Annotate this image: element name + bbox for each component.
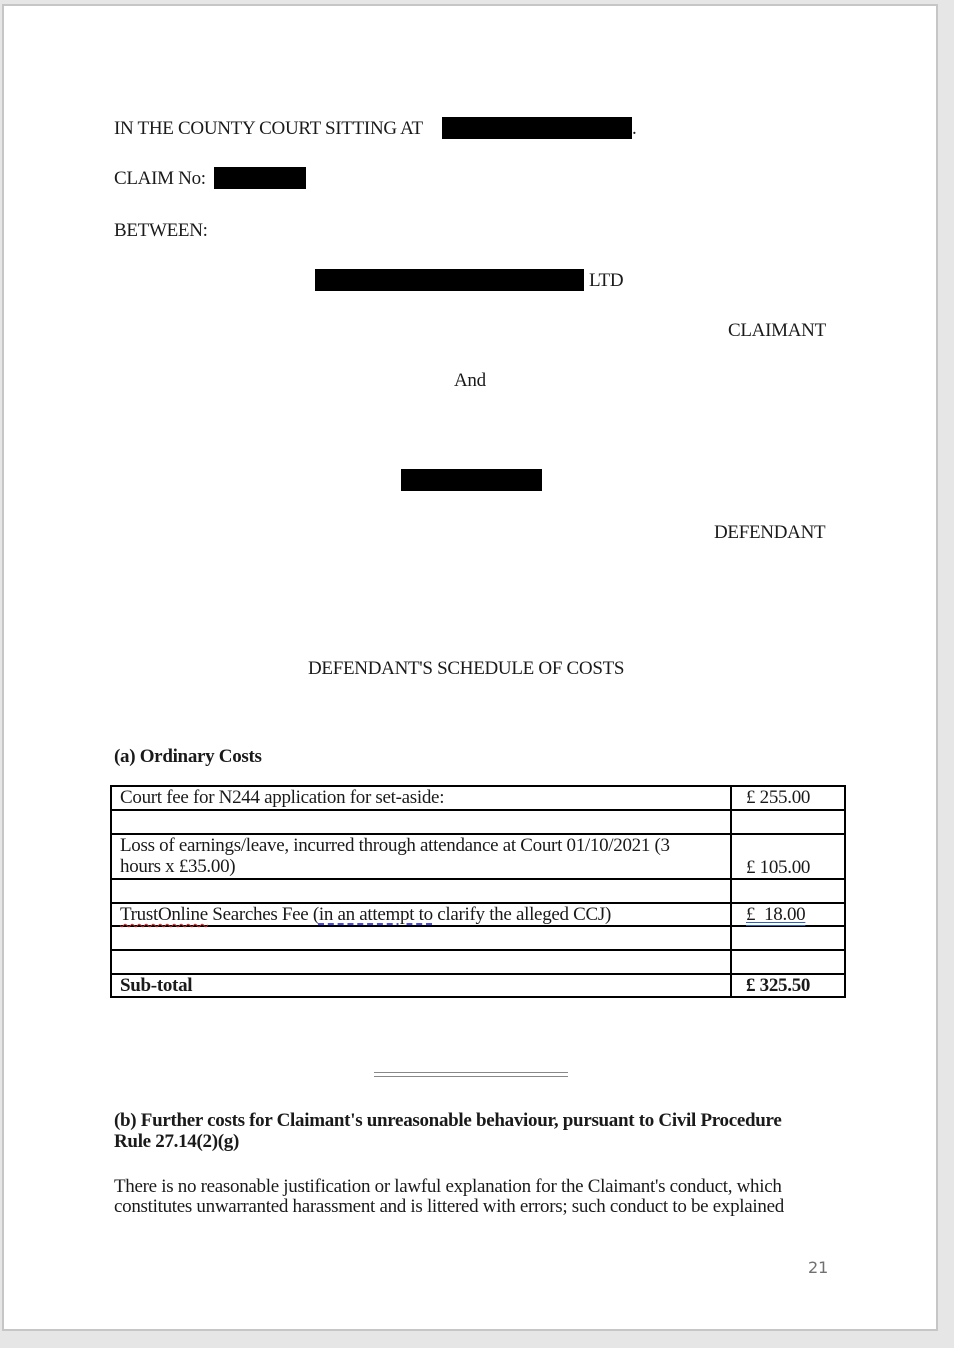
between-label: BETWEEN:: [114, 220, 208, 242]
row-amount: [731, 810, 845, 834]
table-row: Court fee for N244 application for set-a…: [111, 786, 845, 810]
row-amount: £ 18.00: [731, 903, 845, 926]
and-label: And: [454, 370, 486, 392]
claimant-role: CLAIMANT: [728, 320, 826, 342]
row-description: [111, 879, 731, 903]
row-description-text: Searches Fee (: [208, 904, 319, 925]
court-line-label: IN THE COUNTY COURT SITTING AT: [114, 118, 423, 139]
table-row: TrustOnline Searches Fee (in an attempt …: [111, 903, 845, 926]
section-divider: [374, 1072, 568, 1077]
row-amount: [731, 926, 845, 950]
section-b-heading-line-2: Rule 27.14(2)(g): [114, 1131, 239, 1153]
row-amount: [731, 950, 845, 974]
spelling-flagged-word[interactable]: TrustOnline: [120, 904, 208, 925]
table-row: [111, 926, 845, 950]
redacted-court-location: [442, 117, 632, 139]
section-b-body-line-2: constitutes unwarranted harassment and i…: [114, 1196, 784, 1218]
row-amount: £ 105.00: [731, 834, 845, 879]
redacted-defendant-name: [401, 469, 542, 491]
row-description: [111, 810, 731, 834]
row-description: TrustOnline Searches Fee (in an attempt …: [111, 903, 731, 926]
table-row: Loss of earnings/leave, incurred through…: [111, 834, 845, 879]
grammar-flagged-phrase[interactable]: in an attempt to: [319, 904, 433, 925]
row-amount-value: £ 18.00: [746, 904, 805, 925]
section-b-body-line-1: There is no reasonable justification or …: [114, 1176, 782, 1198]
table-row: [111, 879, 845, 903]
defendant-role: DEFENDANT: [714, 522, 825, 544]
row-description: Court fee for N244 application for set-a…: [111, 786, 731, 810]
section-b-heading-line-1: (b) Further costs for Claimant's unreaso…: [114, 1110, 781, 1132]
row-description-line-1: Loss of earnings/leave, incurred through…: [120, 835, 722, 856]
row-description-text: clarify the alleged CCJ): [433, 904, 611, 925]
section-a-heading: (a) Ordinary Costs: [114, 746, 262, 768]
court-line: IN THE COUNTY COURT SITTING AT: [114, 118, 423, 140]
claim-no-label: CLAIM No:: [114, 168, 206, 190]
court-line-period: .: [632, 118, 636, 140]
page-number: 21: [808, 1258, 828, 1277]
table-row: [111, 950, 845, 974]
redacted-claimant-name: [315, 269, 584, 291]
subtotal-label: Sub-total: [111, 974, 731, 997]
row-amount: £ 255.00: [731, 786, 845, 810]
row-description: [111, 950, 731, 974]
subtotal-amount: £ 325.50: [731, 974, 845, 997]
row-description: Loss of earnings/leave, incurred through…: [111, 834, 731, 879]
row-amount: [731, 879, 845, 903]
document-title: DEFENDANT'S SCHEDULE OF COSTS: [308, 658, 624, 680]
subtotal-row: Sub-total £ 325.50: [111, 974, 845, 997]
table-row: [111, 810, 845, 834]
claimant-suffix: LTD: [589, 270, 623, 292]
row-description-line-2: hours x £35.00): [120, 856, 722, 877]
redacted-claim-number: [214, 167, 306, 189]
costs-table: Court fee for N244 application for set-a…: [110, 785, 846, 998]
row-description: [111, 926, 731, 950]
